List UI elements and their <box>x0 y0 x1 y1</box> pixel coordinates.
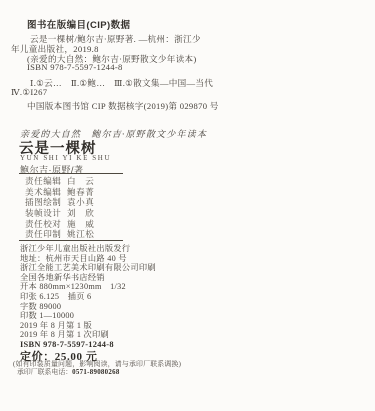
cip-classification-line1: Ⅰ.①云… Ⅱ.①鲍… Ⅲ.①散文集—中国—当代 <box>30 77 213 89</box>
credit-row: 插图绘制 袁小真 <box>25 197 145 208</box>
printer-line: 浙江全能工艺美术印刷有限公司印刷 <box>20 263 156 273</box>
credit-name: 鲍春菁 <box>67 187 94 198</box>
credit-row: 美术编辑 鲍春菁 <box>25 187 145 198</box>
cip-heading: 图书在版编目(CIP)数据 <box>27 17 130 31</box>
impression-line: 2019 年 8 月第 1 次印刷 <box>20 330 156 340</box>
credit-role: 插图绘制 <box>25 197 67 208</box>
credit-name: 施 威 <box>67 219 94 230</box>
credit-row: 责任编辑 白 云 <box>25 176 145 187</box>
publication-info: 浙江少年儿童出版社出版发行 地址：杭州市天目山路 40 号 浙江全能工艺美术印刷… <box>20 244 156 363</box>
credit-role: 装帧设计 <box>25 208 67 219</box>
credit-role: 责任校对 <box>25 219 67 230</box>
credit-name: 刘 欣 <box>67 208 94 219</box>
book-title-pinyin: YUN SHI YI KE SHU <box>20 154 111 162</box>
distributor-line: 全国各地新华书店经销 <box>20 273 156 283</box>
publisher-line: 浙江少年儿童出版社出版发行 <box>20 244 156 254</box>
edition-line: 2019 年 8 月第 1 版 <box>20 321 156 331</box>
credit-row: 责任校对 施 威 <box>25 219 145 230</box>
printrun-line: 印数 1—10000 <box>20 311 156 321</box>
credit-row: 装帧设计 刘 欣 <box>25 208 145 219</box>
credit-role: 责任编辑 <box>25 176 67 187</box>
printer-contact: 承印厂联系电话：0571-89080268 <box>17 366 120 376</box>
credit-role: 美术编辑 <box>25 187 67 198</box>
sheets-line: 印张 6.125 插页 6 <box>20 292 156 302</box>
cip-record-number: 中国版本图书馆 CIP 数据核字(2019)第 029870 号 <box>27 100 219 112</box>
staff-credits: 责任编辑 白 云 美术编辑 鲍春菁 插图绘制 袁小真 装帧设计 刘 欣 责任校对… <box>25 176 145 240</box>
credit-name: 姚江松 <box>67 229 94 240</box>
divider-top <box>19 173 123 174</box>
divider-bottom <box>19 240 123 241</box>
credit-name: 袁小真 <box>67 197 94 208</box>
printer-phone-number: 0571-89080268 <box>72 369 120 376</box>
wordcount-line: 字数 89000 <box>20 302 156 312</box>
credit-name: 白 云 <box>67 176 94 187</box>
isbn-line: ISBN 978-7-5597-1244-8 <box>20 340 156 351</box>
printer-contact-label: 承印厂联系电话： <box>17 369 72 376</box>
credit-row: 责任印制 姚江松 <box>25 229 145 240</box>
credit-role: 责任印制 <box>25 229 67 240</box>
address-line: 地址：杭州市天目山路 40 号 <box>20 254 156 264</box>
cip-classification-line2: Ⅳ.①I267 <box>11 87 47 98</box>
cip-isbn: ISBN 978-7-5597-1244-8 <box>27 62 123 72</box>
copyright-page: 图书在版编目(CIP)数据 云是一棵树/鲍尔吉·原野著. —杭州：浙江少 年儿童… <box>0 0 375 411</box>
format-line: 开本 880mm×1230mm 1/32 <box>20 282 156 292</box>
